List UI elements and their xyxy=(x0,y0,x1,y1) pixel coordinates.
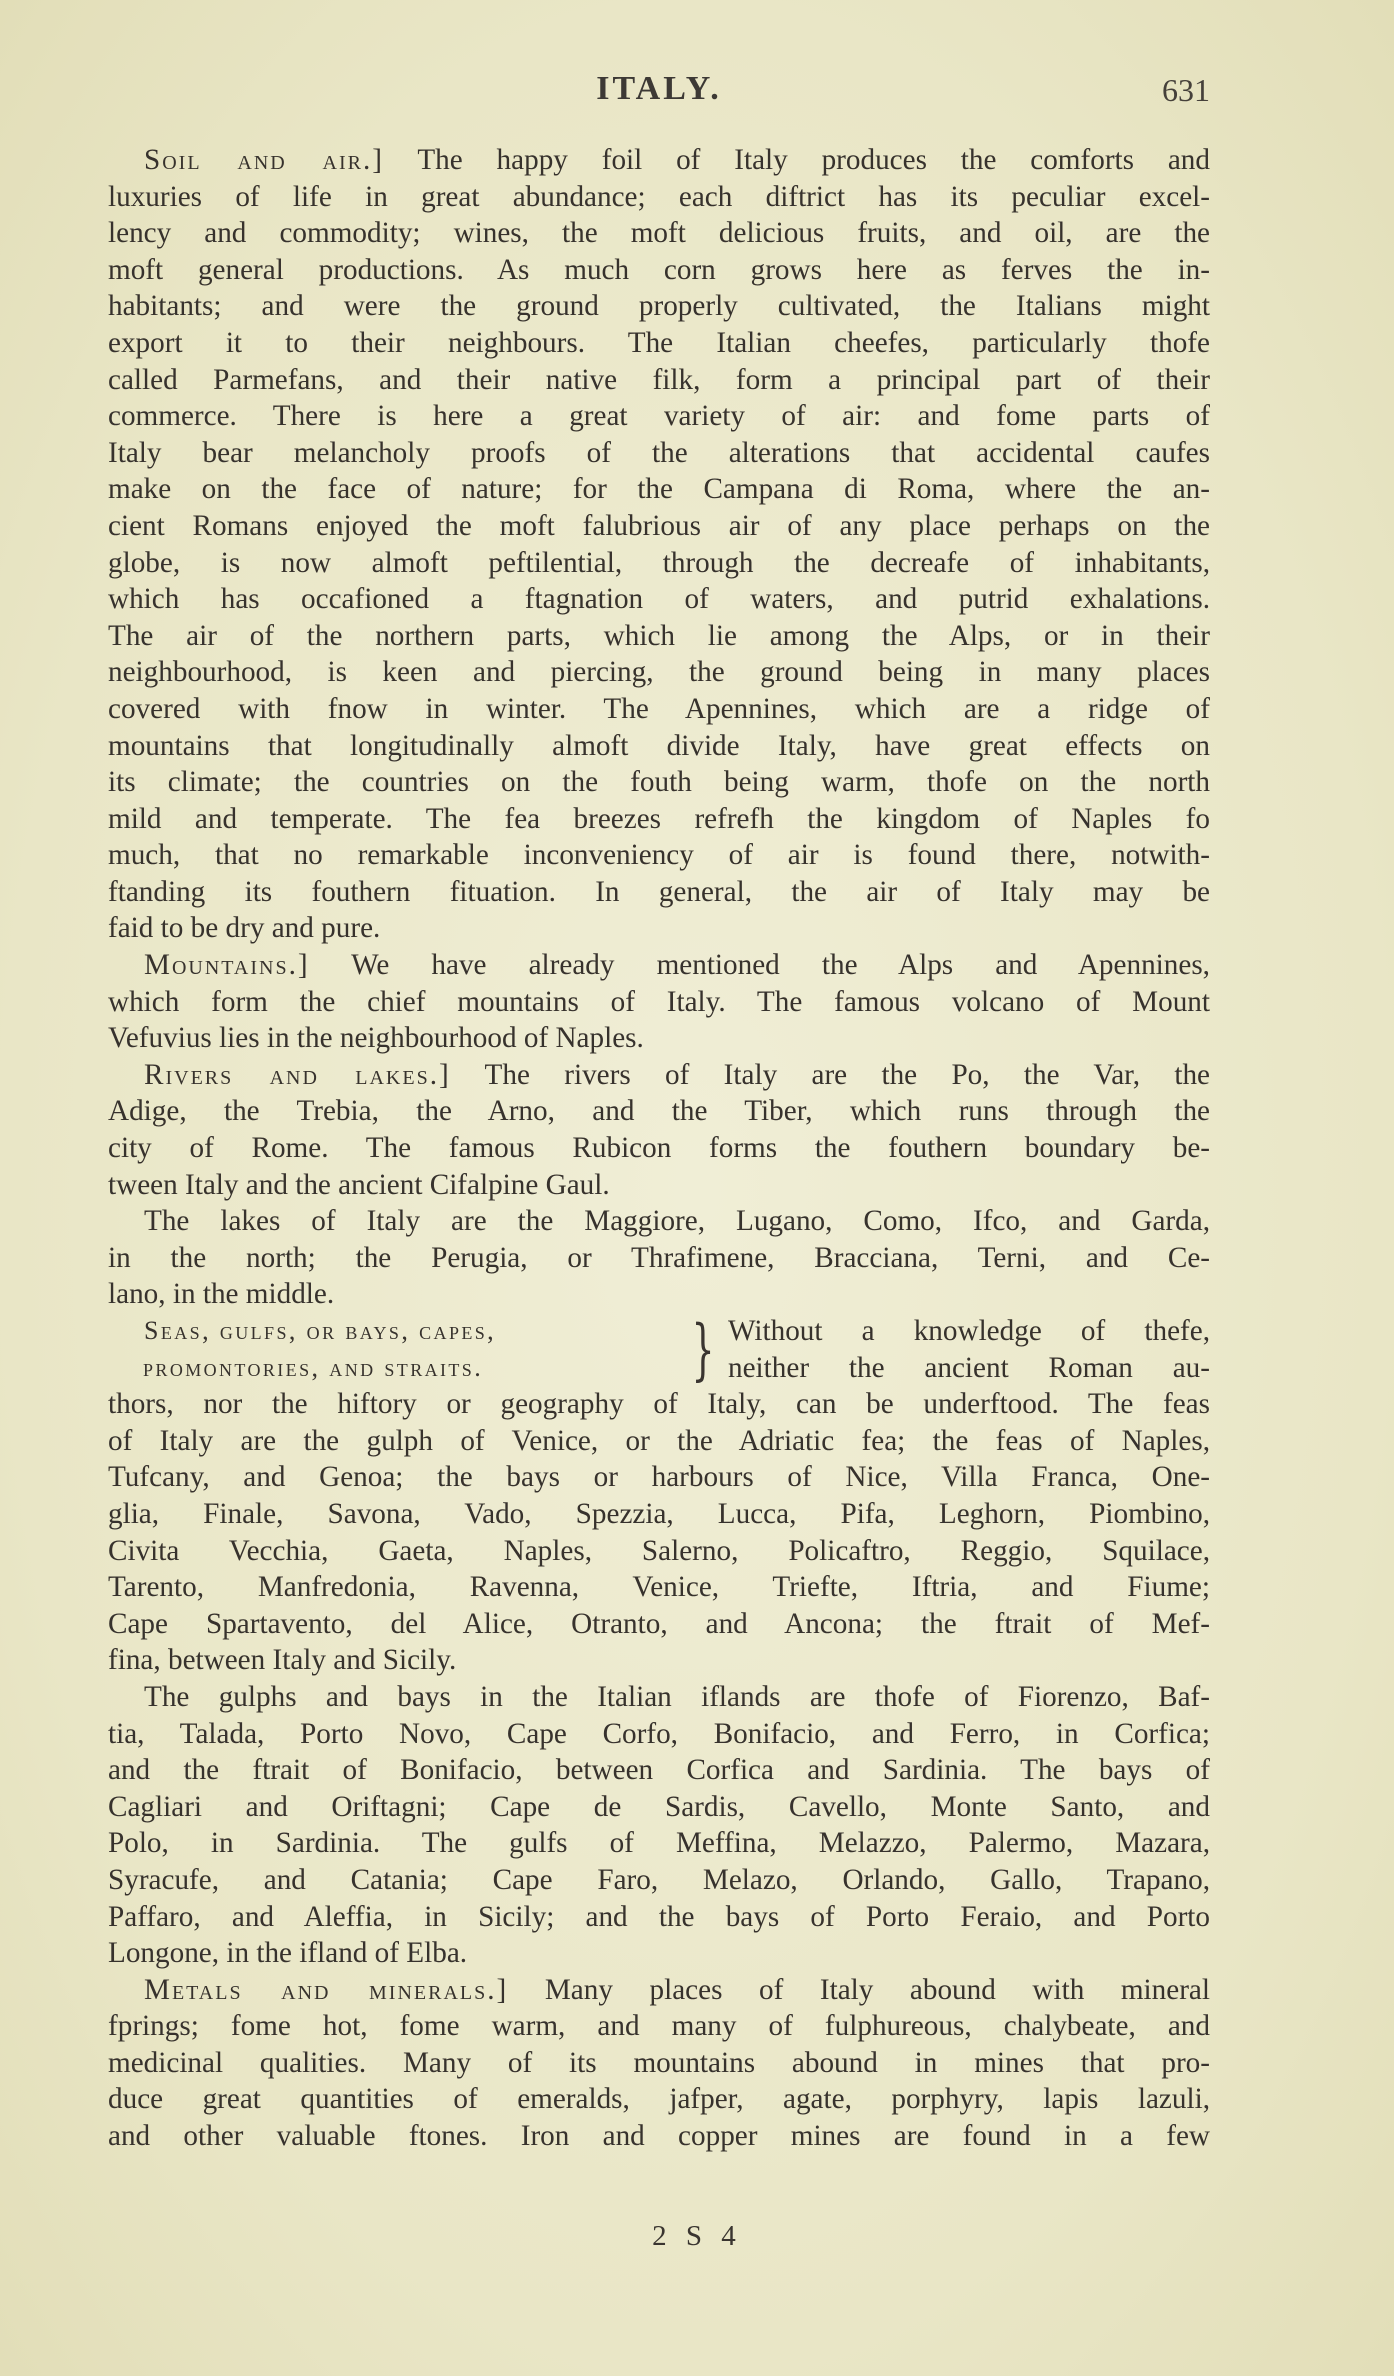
paragraph-line: Cagliari and Oriftagni; Cape de Sardis, … xyxy=(108,1789,1210,1826)
paragraph-line: Mountains.] We have already mentioned th… xyxy=(108,947,1210,984)
paragraph-line: cient Romans enjoyed the moft falubrious… xyxy=(108,508,1210,545)
section-heading: Mountains.] xyxy=(144,949,310,981)
paragraph-line: Tarento, Manfredonia, Ravenna, Venice, T… xyxy=(108,1569,1210,1606)
paragraph-line: habitants; and were the ground properly … xyxy=(108,288,1210,325)
section-heading: Seas, gulfs, or bays, capes, promontorie… xyxy=(144,1313,704,1386)
paragraph-line: mountains that longitudinally almoft div… xyxy=(108,728,1210,765)
paragraph-line: Metals and minerals.] Many places of Ita… xyxy=(108,1972,1210,2009)
paragraph-line: called Parmefans, and their native filk,… xyxy=(108,362,1210,399)
section-heading: Soil and air.] xyxy=(144,144,384,176)
section-heading: Rivers and lakes.] xyxy=(144,1059,451,1091)
paragraph-line: of Italy are the gulph of Venice, or the… xyxy=(108,1423,1210,1460)
paragraph-line: Without a knowledge of thefe, xyxy=(728,1313,1210,1350)
braced-heading: Seas, gulfs, or bays, capes, promontorie… xyxy=(108,1313,1210,1386)
paragraph-line: thors, nor the hiftory or geography of I… xyxy=(108,1386,1210,1423)
paragraph-line: ftanding its fouthern fituation. In gene… xyxy=(108,874,1210,911)
paragraph-line: Syracufe, and Catania; Cape Faro, Melazo… xyxy=(108,1862,1210,1899)
paragraph-line: fina, between Italy and Sicily. xyxy=(108,1642,1210,1679)
brace-icon: } xyxy=(691,1317,714,1383)
paragraph-line: commerce. There is here a great variety … xyxy=(108,398,1210,435)
page-body: Soil and air.] The happy foil of Italy p… xyxy=(108,142,1210,2155)
heading-line: promontories, and straits. xyxy=(143,1350,704,1387)
paragraph-line: which form the chief mountains of Italy.… xyxy=(108,984,1210,1021)
paragraph-line: and the ftrait of Bonifacio, between Cor… xyxy=(108,1752,1210,1789)
paragraph-line: in the north; the Perugia, or Thrafimene… xyxy=(108,1240,1210,1277)
paragraph-line: fprings; fome hot, fome warm, and many o… xyxy=(108,2008,1210,2045)
paragraph-line: neither the ancient Roman au- xyxy=(728,1350,1210,1387)
signature-mark: 2 S 4 xyxy=(0,2220,1394,2253)
paragraph-line: The lakes of Italy are the Maggiore, Lug… xyxy=(108,1203,1210,1240)
paragraph-line: its climate; the countries on the fouth … xyxy=(108,764,1210,801)
section-heading: Metals and minerals.] xyxy=(144,1974,508,2006)
paragraph-line: lano, in the middle. xyxy=(108,1276,1210,1313)
paragraph-line: duce great quantities of emeralds, jafpe… xyxy=(108,2081,1210,2118)
paragraph-line: tia, Talada, Porto Novo, Cape Corfo, Bon… xyxy=(108,1716,1210,1753)
paragraph-line: mild and temperate. The fea breezes refr… xyxy=(108,801,1210,838)
paragraph-line: lency and commodity; wines, the moft del… xyxy=(108,215,1210,252)
paragraph-line: moft general productions. As much corn g… xyxy=(108,252,1210,289)
section-soil-and-air: Soil and air.] The happy foil of Italy p… xyxy=(108,142,1210,947)
section-metals-and-minerals: Metals and minerals.] Many places of Ita… xyxy=(108,1972,1210,2155)
paragraph-line: luxuries of life in great abundance; eac… xyxy=(108,179,1210,216)
paragraph-line: medicinal qualities. Many of its mountai… xyxy=(108,2045,1210,2082)
paragraph-line: export it to their neighbours. The Itali… xyxy=(108,325,1210,362)
paragraph-line: Tufcany, and Genoa; the bays or harbours… xyxy=(108,1459,1210,1496)
heading-line: Seas, gulfs, or bays, capes, xyxy=(144,1313,704,1350)
paragraph-line: and other valuable ftones. Iron and copp… xyxy=(108,2118,1210,2155)
paragraph-line: covered with fnow in winter. The Apennin… xyxy=(108,691,1210,728)
paragraph-line: Cape Spartavento, del Alice, Otranto, an… xyxy=(108,1606,1210,1643)
section-island-gulphs: The gulphs and bays in the Italian iflan… xyxy=(108,1679,1210,1972)
paragraph-line: neighbourhood, is keen and piercing, the… xyxy=(108,654,1210,691)
page-header: ITALY. 631 xyxy=(108,62,1210,112)
page-number: 631 xyxy=(1162,72,1210,109)
section-rivers-and-lakes: Rivers and lakes.] The rivers of Italy a… xyxy=(108,1057,1210,1203)
book-page: ITALY. 631 Soil and air.] The happy foil… xyxy=(0,0,1394,2376)
section-seas-gulfs-bays: Seas, gulfs, or bays, capes, promontorie… xyxy=(108,1313,1210,1679)
paragraph-line: tween Italy and the ancient Cifalpine Ga… xyxy=(108,1167,1210,1204)
paragraph-line: much, that no remarkable inconveniency o… xyxy=(108,837,1210,874)
paragraph-line: Soil and air.] The happy foil of Italy p… xyxy=(108,142,1210,179)
paragraph-line: city of Rome. The famous Rubicon forms t… xyxy=(108,1130,1210,1167)
paragraph-line: glia, Finale, Savona, Vado, Spezzia, Luc… xyxy=(108,1496,1210,1533)
running-title: ITALY. xyxy=(108,70,1210,108)
paragraph-line: Civita Vecchia, Gaeta, Naples, Salerno, … xyxy=(108,1533,1210,1570)
paragraph-line: Longone, in the ifland of Elba. xyxy=(108,1935,1210,1972)
paragraph-line: which has occafioned a ftagnation of wat… xyxy=(108,581,1210,618)
paragraph-line: globe, is now almoft peftilential, throu… xyxy=(108,545,1210,582)
paragraph-line: The air of the northern parts, which lie… xyxy=(108,618,1210,655)
paragraph-line: faid to be dry and pure. xyxy=(108,910,1210,947)
section-mountains: Mountains.] We have already mentioned th… xyxy=(108,947,1210,1057)
paragraph-line: make on the face of nature; for the Camp… xyxy=(108,471,1210,508)
paragraph-line: Polo, in Sardinia. The gulfs of Meffina,… xyxy=(108,1825,1210,1862)
paragraph-line: Vefuvius lies in the neighbourhood of Na… xyxy=(108,1020,1210,1057)
paragraph-line: Italy bear melancholy proofs of the alte… xyxy=(108,435,1210,472)
paragraph-line: Adige, the Trebia, the Arno, and the Tib… xyxy=(108,1093,1210,1130)
paragraph-line: Paffaro, and Aleffia, in Sicily; and the… xyxy=(108,1899,1210,1936)
paragraph-line: Rivers and lakes.] The rivers of Italy a… xyxy=(108,1057,1210,1094)
braced-text: Without a knowledge of thefe, neither th… xyxy=(728,1313,1210,1386)
paragraph-line: The gulphs and bays in the Italian iflan… xyxy=(108,1679,1210,1716)
section-lakes: The lakes of Italy are the Maggiore, Lug… xyxy=(108,1203,1210,1313)
